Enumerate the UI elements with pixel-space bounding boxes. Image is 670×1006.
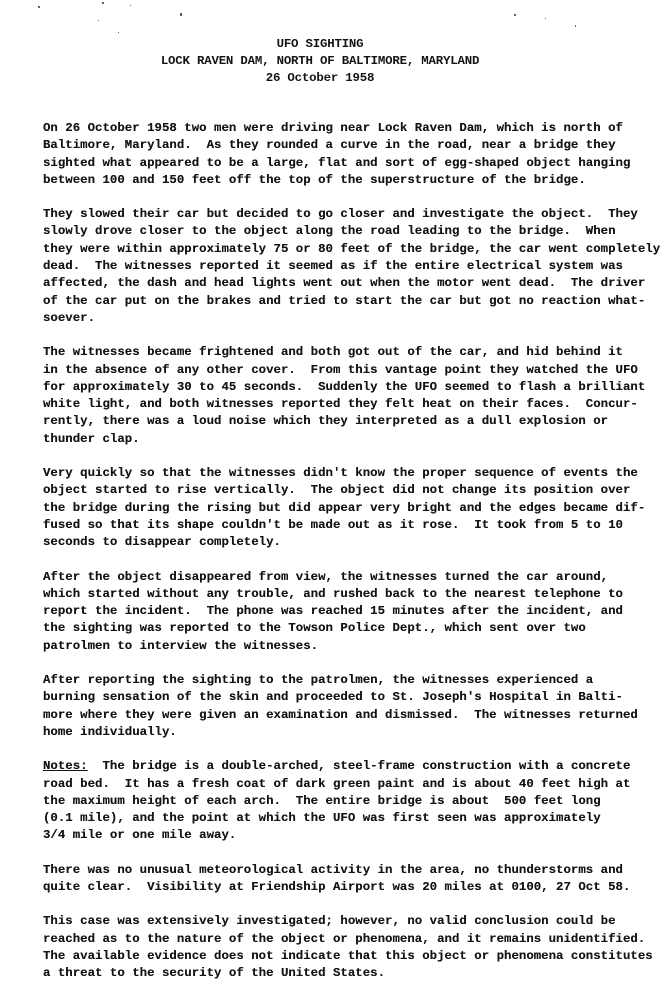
- text-line: The witnesses became frightened and both…: [43, 344, 670, 361]
- text-line: The available evidence does not indicate…: [43, 948, 670, 965]
- text-line: white light, and both witnesses reported…: [43, 396, 670, 413]
- paragraph-ascent: Very quickly so that the witnesses didn'…: [43, 465, 670, 551]
- paragraph-weather: There was no unusual meteorological acti…: [43, 862, 670, 897]
- text-line: dead. The witnesses reported it seemed a…: [43, 258, 670, 275]
- paragraph-car-failure: They slowed their car but decided to go …: [43, 206, 670, 327]
- text-line: 3/4 mile or one mile away.: [43, 827, 670, 844]
- scan-speck: [514, 14, 516, 16]
- text-line: for approximately 30 to 45 seconds. Sudd…: [43, 379, 670, 396]
- text-line: of the car put on the brakes and tried t…: [43, 293, 670, 310]
- scan-speck: [102, 2, 104, 4]
- text-line: patrolmen to interview the witnesses.: [43, 638, 670, 655]
- text-line: the maximum height of each arch. The ent…: [43, 793, 670, 810]
- scan-speck: [98, 20, 99, 21]
- text-line: more where they were given an examinatio…: [43, 707, 670, 724]
- text-line: Very quickly so that the witnesses didn'…: [43, 465, 670, 482]
- notes-label: Notes:: [43, 759, 88, 773]
- text-line: (0.1 mile), and the point at which the U…: [43, 810, 670, 827]
- paragraph-hospital: After reporting the sighting to the patr…: [43, 672, 670, 741]
- text-line: After reporting the sighting to the patr…: [43, 672, 670, 689]
- text-line: they were within approximately 75 or 80 …: [43, 241, 670, 258]
- text-line: There was no unusual meteorological acti…: [43, 862, 670, 879]
- notes-first-line: The bridge is a double-arched, steel-fra…: [88, 759, 631, 773]
- text-line: fused so that its shape couldn't be made…: [43, 517, 670, 534]
- text-line: slowly drove closer to the object along …: [43, 223, 670, 240]
- scan-speck: [575, 25, 576, 27]
- text-line: reached as to the nature of the object o…: [43, 931, 670, 948]
- text-line: Baltimore, Maryland. As they rounded a c…: [43, 137, 670, 154]
- title-location: LOCK RAVEN DAM, NORTH OF BALTIMORE, MARY…: [0, 53, 640, 70]
- text-line: On 26 October 1958 two men were driving …: [43, 120, 670, 137]
- text-line: sighted what appeared to be a large, fla…: [43, 155, 670, 172]
- title-date: 26 October 1958: [0, 70, 640, 87]
- scan-speck: [130, 5, 131, 6]
- text-line: a threat to the security of the United S…: [43, 965, 670, 982]
- paragraph-notes: Notes: The bridge is a double-arched, st…: [43, 758, 670, 844]
- text-line: the bridge during the rising but did app…: [43, 500, 670, 517]
- paragraph-conclusion: This case was extensively investigated; …: [43, 913, 670, 982]
- title-heading: UFO SIGHTING: [0, 36, 640, 53]
- text-line: Notes: The bridge is a double-arched, st…: [43, 758, 670, 775]
- text-line: which started without any trouble, and r…: [43, 586, 670, 603]
- text-line: rently, there was a loud noise which the…: [43, 413, 670, 430]
- text-line: affected, the dash and head lights went …: [43, 275, 670, 292]
- text-line: After the object disappeared from view, …: [43, 569, 670, 586]
- text-line: between 100 and 150 feet off the top of …: [43, 172, 670, 189]
- text-line: road bed. It has a fresh coat of dark gr…: [43, 776, 670, 793]
- document-body: On 26 October 1958 two men were driving …: [43, 120, 670, 982]
- scan-speck: [38, 6, 40, 8]
- paragraph-initial-sighting: On 26 October 1958 two men were driving …: [43, 120, 670, 189]
- text-line: quite clear. Visibility at Friendship Ai…: [43, 879, 670, 896]
- text-line: soever.: [43, 310, 670, 327]
- text-line: thunder clap.: [43, 431, 670, 448]
- document-title: UFO SIGHTING LOCK RAVEN DAM, NORTH OF BA…: [0, 36, 640, 87]
- text-line: object started to rise vertically. The o…: [43, 482, 670, 499]
- text-line: report the incident. The phone was reach…: [43, 603, 670, 620]
- text-line: This case was extensively investigated; …: [43, 913, 670, 930]
- text-line: home individually.: [43, 724, 670, 741]
- text-line: They slowed their car but decided to go …: [43, 206, 670, 223]
- document-page: UFO SIGHTING LOCK RAVEN DAM, NORTH OF BA…: [0, 0, 670, 1006]
- text-line: the sighting was reported to the Towson …: [43, 620, 670, 637]
- text-line: seconds to disappear completely.: [43, 534, 670, 551]
- scan-speck: [545, 18, 546, 19]
- scan-speck: [118, 32, 119, 33]
- text-line: burning sensation of the skin and procee…: [43, 689, 670, 706]
- paragraph-flash: The witnesses became frightened and both…: [43, 344, 670, 448]
- paragraph-report: After the object disappeared from view, …: [43, 569, 670, 655]
- text-line: in the absence of any other cover. From …: [43, 362, 670, 379]
- scan-speck: [180, 13, 182, 16]
